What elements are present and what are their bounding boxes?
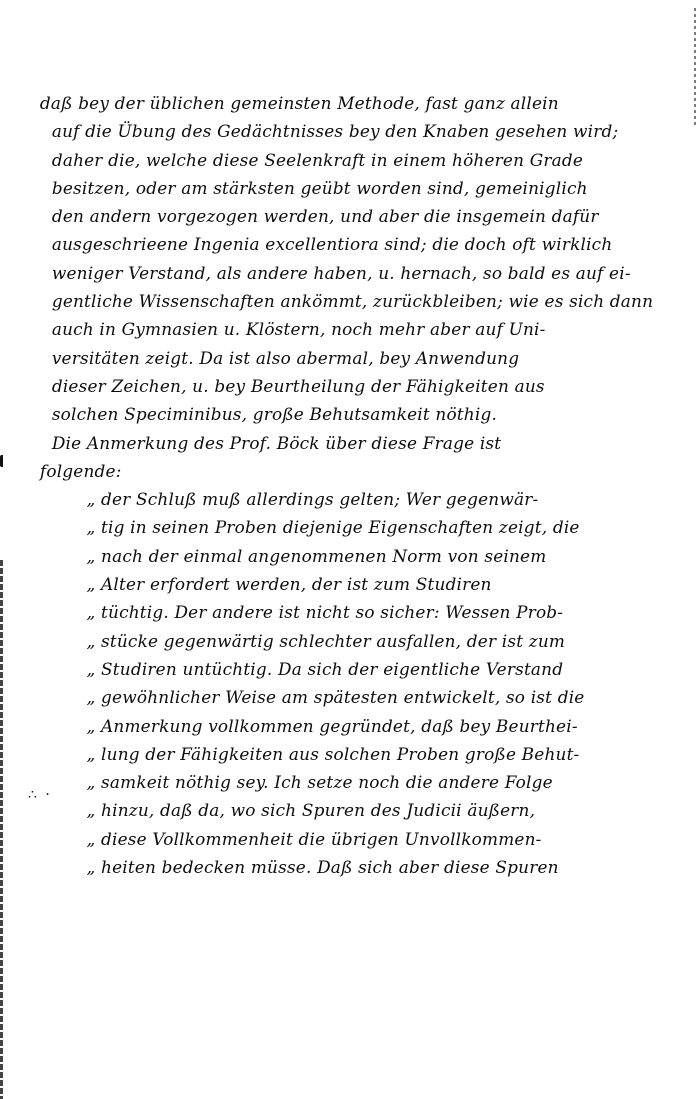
- manuscript-line: „ heiten bedecken müsse. Daß sich aber d…: [30, 854, 680, 882]
- manuscript-line: gentliche Wissenschaften ankömmt, zurück…: [30, 288, 680, 316]
- manuscript-line: auch in Gymnasien u. Klöstern, noch mehr…: [30, 316, 680, 344]
- manuscript-line: ausgeschrieene Ingenia excellentiora sin…: [30, 231, 680, 259]
- manuscript-line: „ lung der Fähigkeiten aus solchen Probe…: [30, 741, 680, 769]
- manuscript-line: Die Anmerkung des Prof. Böck über diese …: [30, 430, 680, 458]
- manuscript-line: „ hinzu, daß da, wo sich Spuren des Judi…: [30, 797, 680, 825]
- manuscript-line: „ samkeit nöthig sey. Ich setze noch die…: [30, 769, 680, 797]
- margin-bracket-mark: [0, 455, 9, 467]
- manuscript-line: versitäten zeigt. Da ist also abermal, b…: [30, 345, 680, 373]
- manuscript-line: „ Anmerkung vollkommen gegründet, daß be…: [30, 713, 680, 741]
- manuscript-page: ∴ · daß bey der üblichen gemeinsten Meth…: [0, 0, 698, 1099]
- manuscript-line: „ Studiren untüchtig. Da sich der eigent…: [30, 656, 680, 684]
- manuscript-line: dieser Zeichen, u. bey Beurtheilung der …: [30, 373, 680, 401]
- manuscript-line: auf die Übung des Gedächtnisses bey den …: [30, 118, 680, 146]
- manuscript-line: daß bey der üblichen gemeinsten Methode,…: [30, 90, 680, 118]
- manuscript-line: folgende:: [30, 458, 680, 486]
- manuscript-line: „ tüchtig. Der andere ist nicht so siche…: [30, 599, 680, 627]
- manuscript-line: daher die, welche diese Seelenkraft in e…: [30, 147, 680, 175]
- manuscript-line: „ diese Vollkommenheit die übrigen Unvol…: [30, 826, 680, 854]
- manuscript-line: „ Alter erfordert werden, der ist zum St…: [30, 571, 680, 599]
- manuscript-line: „ stücke gegenwärtig schlechter ausfalle…: [30, 628, 680, 656]
- handwritten-text-block: daß bey der üblichen gemeinsten Methode,…: [30, 90, 685, 882]
- manuscript-line: den andern vorgezogen werden, und aber d…: [30, 203, 680, 231]
- manuscript-line: „ tig in seinen Proben diejenige Eigensc…: [30, 514, 680, 542]
- manuscript-line: „ der Schluß muß allerdings gelten; Wer …: [30, 486, 680, 514]
- manuscript-line: solchen Speciminibus, große Behutsamkeit…: [30, 401, 680, 429]
- manuscript-line: weniger Verstand, als andere haben, u. h…: [30, 260, 680, 288]
- manuscript-line: besitzen, oder am stärksten geübt worden…: [30, 175, 680, 203]
- manuscript-line: „ gewöhnlicher Weise am spätesten entwic…: [30, 684, 680, 712]
- manuscript-line: „ nach der einmal angenommenen Norm von …: [30, 543, 680, 571]
- page-right-edge-shadow: [694, 8, 696, 128]
- page-left-edge-shadow: [0, 560, 3, 1099]
